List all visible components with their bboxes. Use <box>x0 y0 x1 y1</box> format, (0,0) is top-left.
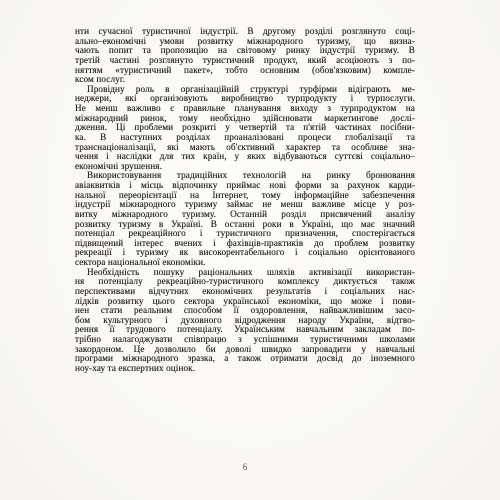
text-line: няттям «туристичний пакет», тобто основн… <box>75 66 415 76</box>
book-page: нти сучасної туристичної індустрії. В др… <box>0 0 500 500</box>
text-line: ноу-хау та експертних оцінок. <box>75 364 415 374</box>
body-text: нти сучасної туристичної індустрії. В др… <box>75 27 415 374</box>
page-number: 6 <box>75 462 415 472</box>
